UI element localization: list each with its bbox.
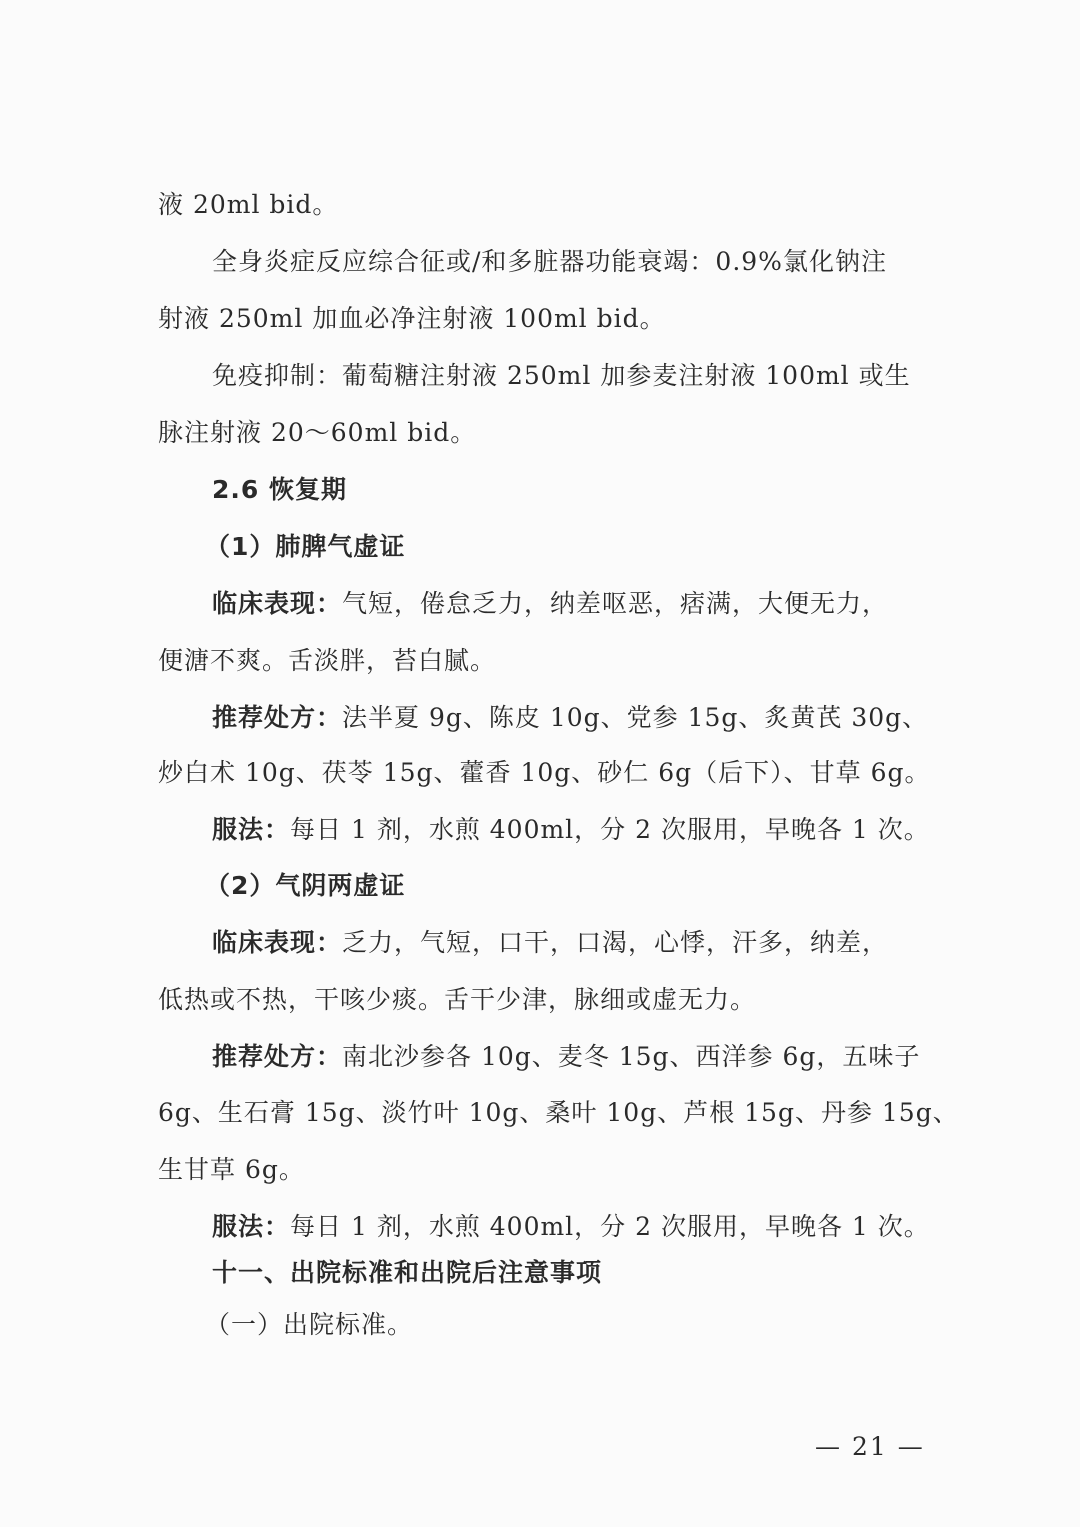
paragraph-line: 生甘草 6g。 <box>158 1155 305 1185</box>
page-number: — 21 — <box>815 1432 925 1461</box>
paragraph-line: 服法：每日 1 剂，水煎 400ml，分 2 次服用，早晚各 1 次。 <box>212 815 930 845</box>
section-heading: 2.6 恢复期 <box>212 475 347 505</box>
field-label: 推荐处方： <box>212 703 342 732</box>
subsection-heading: （一）出院标准。 <box>205 1310 413 1340</box>
paragraph-line: 射液 250ml 加血必净注射液 100ml bid。 <box>158 304 666 334</box>
field-text: 每日 1 剂，水煎 400ml，分 2 次服用，早晚各 1 次。 <box>290 815 930 844</box>
paragraph-line: 6g、生石膏 15g、淡竹叶 10g、桑叶 10g、芦根 15g、丹参 15g、 <box>158 1098 959 1128</box>
paragraph-line: 低热或不热，干咳少痰。舌干少津，脉细或虚无力。 <box>158 985 756 1015</box>
paragraph-line: 临床表现：气短，倦怠乏力，纳差呕恶，痞满，大便无力， <box>212 589 888 619</box>
field-text: 每日 1 剂，水煎 400ml，分 2 次服用，早晚各 1 次。 <box>290 1212 930 1241</box>
paragraph-line: 服法：每日 1 剂，水煎 400ml，分 2 次服用，早晚各 1 次。 <box>212 1212 930 1242</box>
chapter-heading: 十一、出院标准和出院后注意事项 <box>212 1258 602 1288</box>
paragraph-line: 推荐处方：南北沙参各 10g、麦冬 15g、西洋参 6g，五味子 <box>212 1042 920 1072</box>
paragraph-line: 液 20ml bid。 <box>158 190 338 220</box>
paragraph-line: 便溏不爽。舌淡胖，苔白腻。 <box>158 646 496 676</box>
paragraph-line: 推荐处方：法半夏 9g、陈皮 10g、党参 15g、炙黄芪 30g、 <box>212 703 928 733</box>
field-text: 法半夏 9g、陈皮 10g、党参 15g、炙黄芪 30g、 <box>342 703 928 732</box>
document-page: 液 20ml bid。 全身炎症反应综合征或/和多脏器功能衰竭：0.9%氯化钠注… <box>0 0 1080 1527</box>
field-text: 南北沙参各 10g、麦冬 15g、西洋参 6g，五味子 <box>342 1042 920 1071</box>
field-label: 服法： <box>212 1212 290 1241</box>
paragraph-line: 全身炎症反应综合征或/和多脏器功能衰竭：0.9%氯化钠注 <box>212 247 887 277</box>
field-label: 临床表现： <box>212 928 342 957</box>
field-label: 临床表现： <box>212 589 342 618</box>
field-label: 服法： <box>212 815 290 844</box>
subsection-heading: （2）气阴两虚证 <box>205 871 405 901</box>
paragraph-line: 免疫抑制：葡萄糖注射液 250ml 加参麦注射液 100ml 或生 <box>212 361 911 391</box>
paragraph-line: 脉注射液 20～60ml bid。 <box>158 418 476 448</box>
paragraph-line: 炒白术 10g、茯苓 15g、藿香 10g、砂仁 6g（后下）、甘草 6g。 <box>158 758 931 788</box>
field-text: 乏力，气短，口干，口渴，心悸，汗多，纳差， <box>342 928 888 957</box>
paragraph-line: 临床表现：乏力，气短，口干，口渴，心悸，汗多，纳差， <box>212 928 888 958</box>
field-label: 推荐处方： <box>212 1042 342 1071</box>
subsection-heading: （1）肺脾气虚证 <box>205 532 405 562</box>
field-text: 气短，倦怠乏力，纳差呕恶，痞满，大便无力， <box>342 589 888 618</box>
